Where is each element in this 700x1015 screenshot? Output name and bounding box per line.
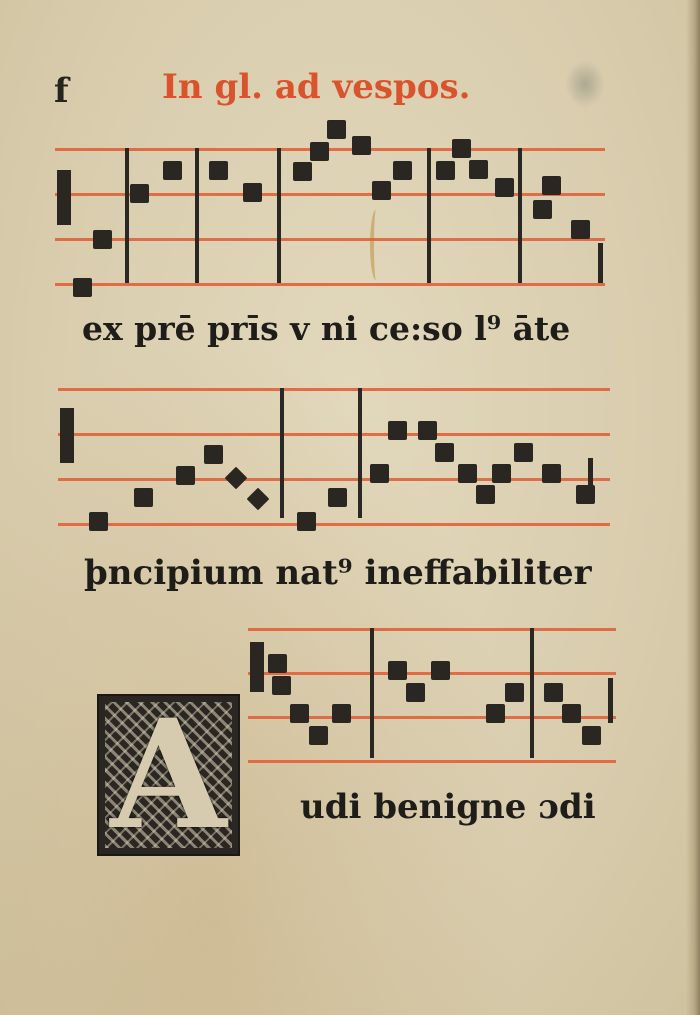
staff-line — [55, 148, 605, 151]
staff-line — [248, 628, 616, 631]
square-note — [327, 120, 346, 139]
custos-icon — [608, 678, 613, 723]
square-note — [514, 443, 533, 462]
barline — [358, 388, 362, 518]
barline — [277, 148, 281, 283]
square-note — [452, 139, 471, 158]
square-note — [272, 676, 291, 695]
square-note — [544, 683, 563, 702]
square-note — [163, 161, 182, 180]
signature-mark: f — [54, 74, 69, 108]
square-note — [268, 654, 287, 673]
square-note — [476, 485, 495, 504]
square-note — [309, 726, 328, 745]
square-note — [505, 683, 524, 702]
staff-line — [58, 388, 610, 391]
c-clef-icon — [57, 170, 71, 225]
square-note — [388, 421, 407, 440]
square-note — [209, 161, 228, 180]
square-note — [542, 176, 561, 195]
square-note — [431, 661, 450, 680]
square-note — [435, 443, 454, 462]
square-note — [492, 464, 511, 483]
square-note — [89, 512, 108, 531]
square-note — [542, 464, 561, 483]
page-edge-shadow — [686, 0, 700, 1015]
square-note — [469, 160, 488, 179]
staff-line — [58, 523, 610, 526]
square-note — [406, 683, 425, 702]
square-note — [176, 466, 195, 485]
square-note — [204, 445, 223, 464]
lyric-line-3: udi benigne ɔdi — [300, 790, 596, 824]
rhombus-note — [247, 488, 270, 511]
square-note — [297, 512, 316, 531]
ink-smudge — [565, 60, 605, 108]
decorated-initial: A — [97, 694, 240, 856]
square-note — [352, 136, 371, 155]
barline — [530, 628, 534, 758]
staff-line — [55, 238, 605, 241]
initial-letter: A — [110, 700, 226, 850]
square-note — [388, 661, 407, 680]
square-note — [332, 704, 351, 723]
barline — [125, 148, 129, 283]
staff-1 — [55, 148, 605, 286]
lyric-line-1: ex prē prīs v ni ce:so l⁹ āte — [82, 312, 570, 345]
c-clef-icon — [250, 642, 264, 692]
square-note — [130, 184, 149, 203]
c-clef-icon — [60, 408, 74, 463]
staff-line — [248, 760, 616, 763]
square-note — [393, 161, 412, 180]
manuscript-page: f In gl. ad vespos. ex prē prīs v ni ce:… — [0, 0, 700, 1015]
barline — [370, 628, 374, 758]
barline — [427, 148, 431, 283]
square-note — [562, 704, 581, 723]
staff-line — [55, 283, 605, 286]
square-note — [495, 178, 514, 197]
staff-line — [58, 478, 610, 481]
barline — [195, 148, 199, 283]
square-note — [370, 464, 389, 483]
square-note — [293, 162, 312, 181]
square-note — [533, 200, 552, 219]
square-note — [290, 704, 309, 723]
staff-line — [58, 433, 610, 436]
square-note — [582, 726, 601, 745]
square-note — [73, 278, 92, 297]
rhombus-note — [225, 467, 248, 490]
custos-icon — [588, 458, 593, 488]
square-note — [328, 488, 347, 507]
staff-3 — [248, 628, 616, 763]
rubric-heading: In gl. ad vespos. — [162, 70, 470, 104]
square-note — [436, 161, 455, 180]
square-note — [243, 183, 262, 202]
square-note — [418, 421, 437, 440]
square-note — [486, 704, 505, 723]
custos-icon — [598, 243, 603, 283]
square-note — [571, 220, 590, 239]
square-note — [372, 181, 391, 200]
barline — [280, 388, 284, 518]
barline — [518, 148, 522, 283]
square-note — [93, 230, 112, 249]
square-note — [134, 488, 153, 507]
lyric-line-2: þncipium nat⁹ ineffabiliter — [84, 556, 592, 590]
square-note — [458, 464, 477, 483]
staff-2 — [58, 388, 610, 526]
square-note — [310, 142, 329, 161]
